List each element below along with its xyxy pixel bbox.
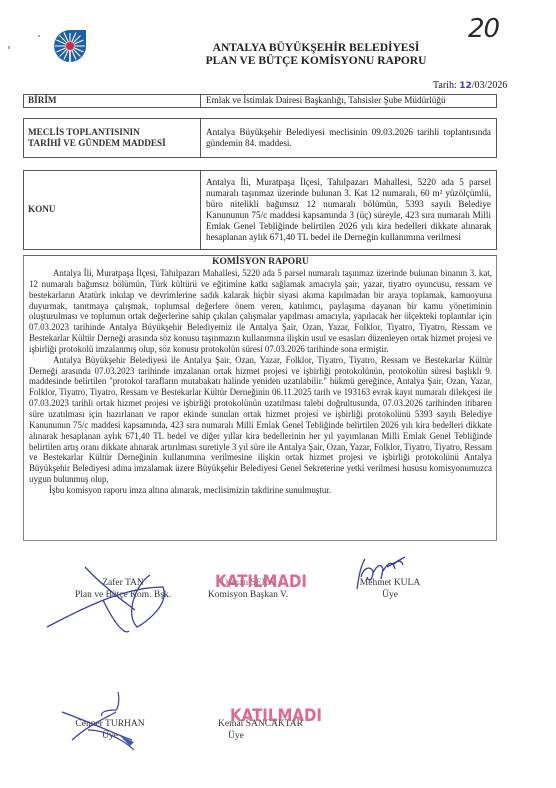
document-header: ANTALYA BÜYÜKŞEHİR BELEDİYESİ PLAN VE BÜ… bbox=[0, 42, 556, 68]
subject-value: Antalya İli, Muratpaşa İlçesi, Tahılpaza… bbox=[201, 171, 496, 249]
report-closing: İşbu komisyon raporu imza altına alınara… bbox=[29, 485, 492, 496]
commission-report: KOMİSYON RAPORU Antalya İli, Muratpaşa İ… bbox=[23, 255, 497, 541]
council-meeting-value: Antalya Büyükşehir Belediyesi meclisinin… bbox=[201, 119, 496, 157]
council-meeting-label-line2: TARİHİ VE GÜNDEM MADDESİ bbox=[28, 138, 166, 149]
handwritten-page-number: 20 bbox=[468, 14, 499, 44]
unit-value: Emlak ve İstimlak Dairesi Başkanlığı, Ta… bbox=[201, 95, 496, 107]
commission-report-title: KOMİSYON RAPORU bbox=[29, 256, 492, 268]
subject-label: KONU bbox=[24, 171, 201, 249]
not-attended-stamp: KATILMADI bbox=[215, 571, 307, 592]
report-paragraph: Antalya Büyükşehir Belediyesi ile Antaly… bbox=[29, 355, 492, 485]
council-meeting-label: MECLİS TOPLANTISININ TARİHİ VE GÜNDEM MA… bbox=[24, 119, 201, 157]
unit-row: BİRİM Emlak ve İstimlak Dairesi Başkanlı… bbox=[23, 94, 497, 108]
report-title: PLAN VE BÜTÇE KOMİSYONU RAPORU bbox=[0, 55, 556, 68]
date-month-year: /03/2026 bbox=[472, 80, 508, 91]
date-label: Tarih: bbox=[433, 80, 457, 91]
council-meeting-label-line1: MECLİS TOPLANTISININ bbox=[28, 127, 140, 138]
handwritten-day: 12 bbox=[459, 81, 472, 91]
not-attended-stamp: KATILMADI bbox=[230, 705, 322, 726]
report-date: Tarih: 12/03/2026 bbox=[433, 80, 507, 91]
organization-name: ANTALYA BÜYÜKŞEHİR BELEDİYESİ bbox=[0, 42, 556, 55]
handwritten-signature-icon bbox=[343, 555, 413, 595]
handwritten-signature-icon bbox=[60, 690, 140, 750]
handwritten-signature-icon bbox=[45, 565, 175, 635]
council-meeting-row: MECLİS TOPLANTISININ TARİHİ VE GÜNDEM MA… bbox=[23, 118, 497, 158]
unit-label: BİRİM bbox=[24, 95, 201, 107]
scan-speck bbox=[38, 35, 40, 37]
signatory-role: Üye bbox=[218, 730, 318, 742]
subject-row: KONU Antalya İli, Muratpaşa İlçesi, Tahı… bbox=[23, 170, 497, 250]
report-paragraph: Antalya İli, Muratpaşa İlçesi, Tahılpaza… bbox=[29, 268, 492, 355]
